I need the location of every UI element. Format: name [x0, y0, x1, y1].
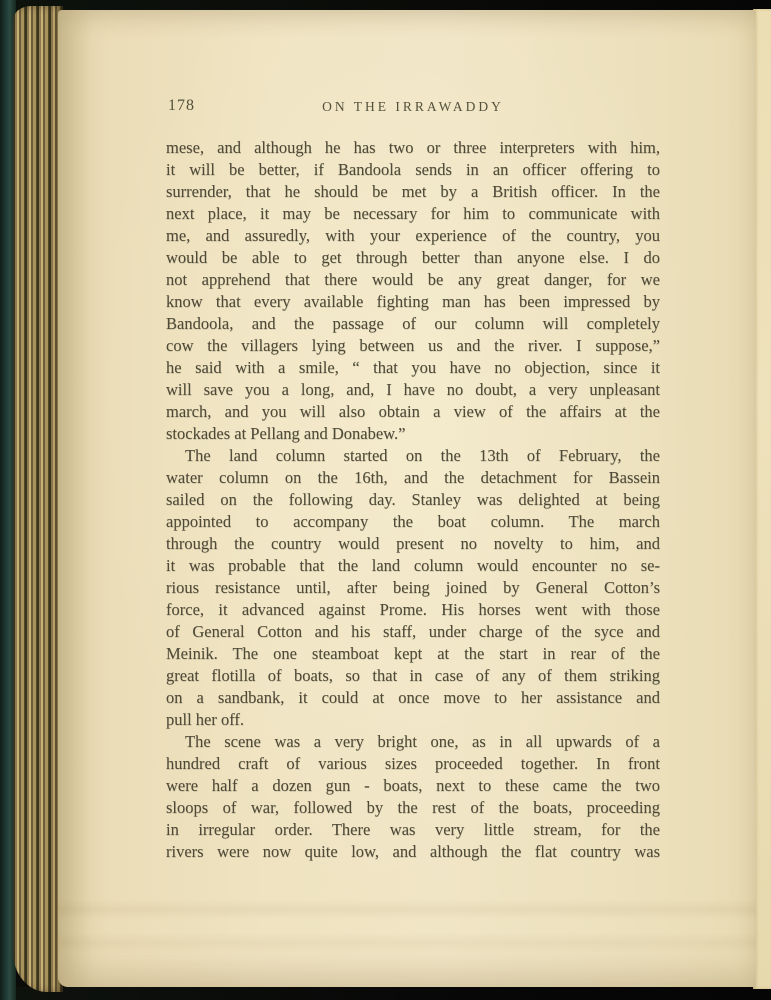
text-line: force, it advanced against Prome. His ho… — [166, 599, 660, 621]
text-line: next place, it may be necessary for him … — [166, 203, 660, 225]
text-line: great flotilla of boats, so that in case… — [166, 665, 660, 687]
text-line: not apprehend that there would be any gr… — [166, 269, 660, 291]
text-line: Bandoola, and the passage of our column … — [166, 313, 660, 335]
text-line: of General Cotton and his staff, under c… — [166, 621, 660, 643]
text-line: would be able to get through better than… — [166, 247, 660, 269]
page-stack-edges — [13, 6, 63, 992]
paragraph: The land column started on the 13th of F… — [166, 445, 660, 731]
text-line: sloops of war, followed by the rest of t… — [166, 797, 660, 819]
text-line: rious resistance until, after being join… — [166, 577, 660, 599]
text-line: rivers were now quite low, and although … — [166, 841, 660, 863]
text-line: mese, and although he has two or three i… — [166, 137, 660, 159]
text-line: it will be better, if Bandoola sends in … — [166, 159, 660, 181]
text-line: me, and assuredly, with your experience … — [166, 225, 660, 247]
text-line: stockades at Pellang and Donabew.” — [166, 423, 660, 445]
paragraph: The scene was a very bright one, as in a… — [166, 731, 660, 863]
text-line: were half a dozen gun - boats, next to t… — [166, 775, 660, 797]
scanned-book-photo: 178 ON THE IRRAWADDY mese, and although … — [0, 0, 771, 1000]
page-number: 178 — [168, 97, 195, 115]
text-line: it was probable that the land column wou… — [166, 555, 660, 577]
text-line: know that every available fighting man h… — [166, 291, 660, 313]
text-line: he said with a smile, “ that you have no… — [166, 357, 660, 379]
text-line: on a sandbank, it could at once move to … — [166, 687, 660, 709]
text-line: pull her off. — [166, 709, 660, 731]
text-line: through the country would present no nov… — [166, 533, 660, 555]
text-line: water column on the 16th, and the detach… — [166, 467, 660, 489]
body-text: mese, and although he has two or three i… — [166, 137, 660, 863]
text-line: The land column started on the 13th of F… — [166, 445, 660, 467]
background-bottom-edge — [0, 987, 771, 1000]
text-line: march, and you will also obtain a view o… — [166, 401, 660, 423]
text-line: sailed on the following day. Stanley was… — [166, 489, 660, 511]
text-line: appointed to accompany the boat column. … — [166, 511, 660, 533]
text-line: hundred craft of various sizes proceeded… — [166, 753, 660, 775]
text-line: surrender, that he should be met by a Br… — [166, 181, 660, 203]
text-line: Meinik. The one steamboat kept at the st… — [166, 643, 660, 665]
book-page: 178 ON THE IRRAWADDY mese, and although … — [58, 10, 756, 987]
text-line: in irregular order. There was very littl… — [166, 819, 660, 841]
paragraph: mese, and although he has two or three i… — [166, 137, 660, 445]
text-line: The scene was a very bright one, as in a… — [166, 731, 660, 753]
text-line: cow the villagers lying between us and t… — [166, 335, 660, 357]
text-line: will save you a long, and, I have no dou… — [166, 379, 660, 401]
running-header-title: ON THE IRRAWADDY — [166, 97, 660, 115]
running-head: 178 ON THE IRRAWADDY — [166, 97, 660, 119]
